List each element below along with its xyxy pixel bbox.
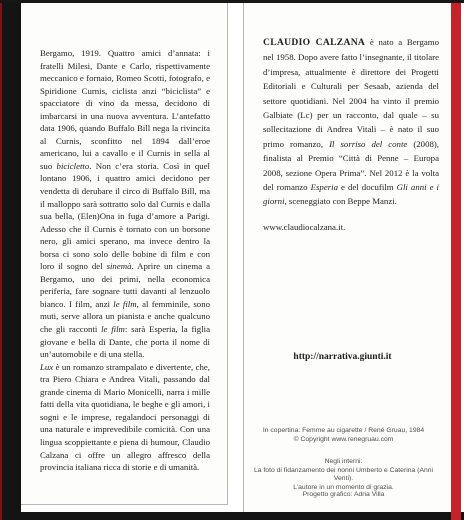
interior-credit-title: Negli interni: <box>244 458 443 467</box>
synopsis-paragraph-2: Lux è un romanzo strampalato e divertent… <box>40 361 210 474</box>
interior-credit: Negli interni: La foto di fidanzamento d… <box>244 458 443 492</box>
design-credit: Progetto grafico: Adria Villa <box>244 491 443 500</box>
right-flap-page: CLAUDIO CALZANA è nato a Bergamo nel 195… <box>243 3 451 512</box>
book-synopsis: Bergamo, 1919. Quattro amici d’annata: i… <box>40 47 210 474</box>
synopsis-paragraph-1: Bergamo, 1919. Quattro amici d’annata: i… <box>40 47 210 361</box>
book-flap-scan: { "colors": { "accent_red": "#c5232a", "… <box>0 0 464 520</box>
left-black-band <box>2 0 21 520</box>
left-red-edge <box>0 0 2 520</box>
bottom-black-strip <box>0 512 464 520</box>
interior-credit-line-1: La foto di fidanzamento dei nonni Umbert… <box>244 467 443 484</box>
cover-credit-line-2: © Copyright www.renegruau.com <box>244 436 443 445</box>
cover-credit: In copertina: Femme au cigarette / René … <box>244 427 443 444</box>
right-red-cover-stripe <box>451 0 461 520</box>
top-black-strip <box>0 0 464 3</box>
left-flap-page: Bergamo, 1919. Quattro amici d’annata: i… <box>21 3 228 505</box>
author-bio: CLAUDIO CALZANA è nato a Bergamo nel 195… <box>263 35 439 209</box>
author-website: www.claudiocalzana.it. <box>263 222 439 232</box>
cover-credit-line-1: In copertina: Femme au cigarette / René … <box>244 427 443 436</box>
publisher-url: http://narrativa.giunti.it <box>244 352 441 362</box>
